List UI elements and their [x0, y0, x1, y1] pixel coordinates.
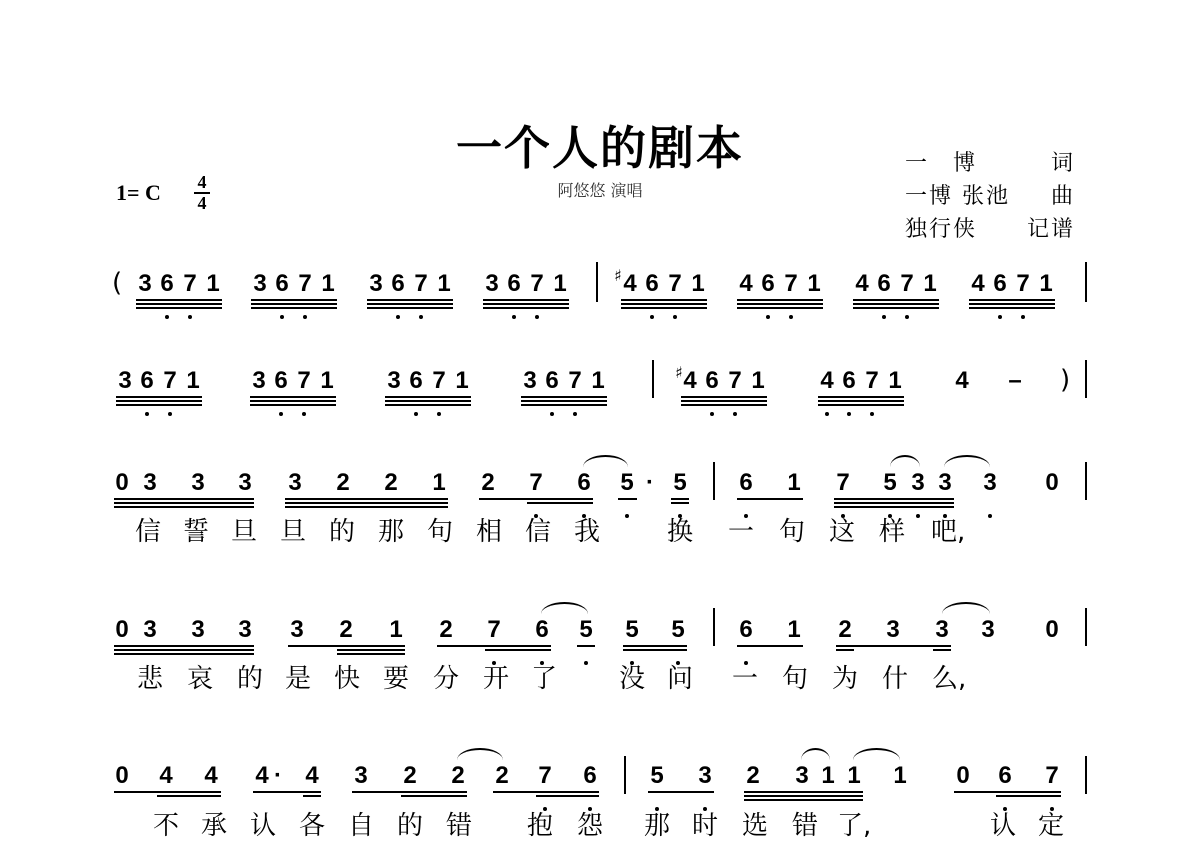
beam-line [671, 498, 689, 500]
note: 1 [689, 272, 707, 296]
octave-dot [916, 514, 920, 518]
lyric-char: 一 [728, 518, 754, 546]
octave-dot [280, 315, 284, 319]
note: · [641, 471, 659, 495]
note: 0 [1043, 471, 1061, 495]
beam-line [251, 307, 337, 309]
barline [1085, 608, 1087, 646]
note: 7 [528, 272, 546, 296]
beam-line [836, 645, 951, 647]
lyric-char: 各 [299, 812, 325, 840]
octave-dot [710, 412, 714, 416]
lyric-char: 不 [153, 812, 179, 840]
note: 2 [449, 764, 467, 788]
beam-line [969, 299, 1055, 301]
beam-line [648, 791, 714, 793]
lyric-char: 没 [619, 665, 645, 693]
note: 3 [236, 471, 254, 495]
beam-line [116, 404, 202, 406]
lyric-char: 了 [531, 665, 557, 693]
note: 4 [303, 764, 321, 788]
note: 6 [543, 369, 561, 393]
beam-line [818, 404, 904, 406]
note: 3 [793, 764, 811, 788]
note: 3 [141, 471, 159, 495]
beam-line [834, 502, 954, 504]
note: 7 [666, 272, 684, 296]
note: 3 [286, 471, 304, 495]
lyric-char: 信 [525, 518, 551, 546]
lyric-char: 的 [237, 665, 263, 693]
note: 4 [157, 764, 175, 788]
beam-line [251, 299, 337, 301]
beam-line [385, 396, 471, 398]
note: 1 [551, 272, 569, 296]
note: 1 [319, 272, 337, 296]
octave-dot [988, 514, 992, 518]
beam-line [114, 653, 254, 655]
octave-dot [550, 412, 554, 416]
note: 3 [696, 764, 714, 788]
note: 0 [113, 764, 131, 788]
lyric-char: 吧, [931, 518, 965, 546]
note: 6 [407, 369, 425, 393]
barline [624, 756, 626, 794]
lyric-char: 句 [779, 518, 805, 546]
octave-dot [1021, 315, 1025, 319]
note: 6 [272, 369, 290, 393]
note: 4 [202, 764, 220, 788]
note: 1 [204, 272, 222, 296]
note: 1 [891, 764, 909, 788]
beam-line [836, 649, 854, 651]
note: 3 [250, 369, 268, 393]
lyric-char: 抱 [527, 812, 553, 840]
note: 6 [575, 471, 593, 495]
beam-line [521, 400, 607, 402]
beam-line [521, 396, 607, 398]
octave-dot [905, 315, 909, 319]
note: 6 [505, 272, 523, 296]
beam-line [521, 404, 607, 406]
beam-line [621, 303, 707, 305]
beam-line [385, 404, 471, 406]
note: 5 [623, 618, 641, 642]
note: 7 [485, 618, 503, 642]
note: 2 [401, 764, 419, 788]
open-paren: ( [112, 268, 122, 298]
octave-dot [535, 315, 539, 319]
transcriber-credit: 独行侠 记谱 [905, 212, 1075, 243]
beam-line [737, 307, 823, 309]
lyric-char: 什 [882, 665, 908, 693]
slur [541, 602, 588, 614]
beam-line [621, 299, 707, 301]
beam-line [116, 400, 202, 402]
beam-line [671, 502, 689, 504]
note: 6 [389, 272, 407, 296]
beam-line [623, 649, 687, 651]
octave-dot [396, 315, 400, 319]
lyric-char: 悲 [137, 665, 163, 693]
beam-line [853, 307, 939, 309]
beam-line [352, 791, 467, 793]
barline [1085, 262, 1087, 302]
note: 7 [181, 272, 199, 296]
beam-line [114, 502, 254, 504]
lyric-char: 定 [1038, 812, 1064, 840]
barline [713, 608, 715, 646]
beam-line [818, 400, 904, 402]
octave-dot [584, 661, 588, 665]
barline [1085, 462, 1087, 500]
note: 3 [136, 272, 154, 296]
note: 2 [836, 618, 854, 642]
note: 6 [533, 618, 551, 642]
time-signature: 4 4 [194, 174, 210, 212]
lyric-char: 誓 [183, 518, 209, 546]
note: 1 [184, 369, 202, 393]
octave-dot [145, 412, 149, 416]
note: 6 [581, 764, 599, 788]
beam-line [834, 498, 954, 500]
slur [583, 455, 628, 467]
beam-line [250, 396, 336, 398]
note: 4 [621, 272, 639, 296]
note: 7 [296, 272, 314, 296]
octave-dot [766, 315, 770, 319]
beam-line [618, 498, 637, 500]
note: 1 [318, 369, 336, 393]
note: 3 [909, 471, 927, 495]
beam-line [253, 791, 321, 793]
note: 7 [834, 471, 852, 495]
beam-line [744, 791, 863, 793]
beam-line [114, 498, 254, 500]
lyric-char: 句 [427, 518, 453, 546]
note: 5 [618, 471, 636, 495]
lyric-char: 时 [692, 812, 718, 840]
lyric-char: 是 [285, 665, 311, 693]
note: 2 [479, 471, 497, 495]
beam-line [737, 299, 823, 301]
note: 7 [412, 272, 430, 296]
beam-line [681, 396, 767, 398]
beam-line [834, 506, 954, 508]
note: 6 [759, 272, 777, 296]
note: 5 [881, 471, 899, 495]
octave-dot [573, 412, 577, 416]
time-signature-bottom: 4 [194, 195, 210, 212]
barline [1085, 360, 1087, 398]
barline [713, 462, 715, 500]
slur [942, 602, 990, 614]
beam-line [737, 645, 803, 647]
transcriber-name: 独行侠 [905, 212, 977, 243]
note: 0 [113, 471, 131, 495]
lyric-char: 分 [433, 665, 459, 693]
lyric-char: 哀 [187, 665, 213, 693]
note: 3 [189, 471, 207, 495]
note: 6 [840, 369, 858, 393]
note: 7 [782, 272, 800, 296]
note: · [269, 764, 287, 788]
note: 0 [113, 618, 131, 642]
note: 3 [981, 471, 999, 495]
lyric-char: 选 [742, 812, 768, 840]
barline [596, 262, 598, 302]
close-paren: ) [1060, 365, 1070, 395]
note: 7 [527, 471, 545, 495]
octave-dot [165, 315, 169, 319]
note: 6 [991, 272, 1009, 296]
lyric-char: 句 [782, 665, 808, 693]
note: 7 [566, 369, 584, 393]
note: 4 [818, 369, 836, 393]
note: 3 [936, 471, 954, 495]
lyric-char: 这 [829, 518, 855, 546]
note: 7 [295, 369, 313, 393]
note: – [1006, 369, 1024, 393]
note: 3 [521, 369, 539, 393]
beam-line [996, 795, 1061, 797]
note: 3 [979, 618, 997, 642]
note: 3 [116, 369, 134, 393]
octave-dot [998, 315, 1002, 319]
note: 2 [337, 618, 355, 642]
note: 6 [273, 272, 291, 296]
beam-line [621, 307, 707, 309]
note: 1 [819, 764, 837, 788]
octave-dot [303, 315, 307, 319]
note: 6 [643, 272, 661, 296]
note: 5 [671, 471, 689, 495]
lyric-char: 那 [378, 518, 404, 546]
octave-dot [733, 412, 737, 416]
beam-line [527, 502, 593, 504]
note: 1 [589, 369, 607, 393]
octave-dot [882, 315, 886, 319]
beam-line [737, 498, 803, 500]
lyricist-name: 一 博 [905, 146, 977, 177]
beam-line [954, 791, 1061, 793]
beam-line [493, 791, 599, 793]
lyric-char: 么, [932, 665, 966, 693]
beam-line [337, 649, 405, 651]
lyric-char: 一 [732, 665, 758, 693]
note: 7 [898, 272, 916, 296]
octave-dot [512, 315, 516, 319]
beam-line [485, 649, 551, 651]
note: 1 [435, 272, 453, 296]
octave-dot [188, 315, 192, 319]
note: 1 [387, 618, 405, 642]
note: 3 [251, 272, 269, 296]
note: 7 [1014, 272, 1032, 296]
lyric-char: 认 [990, 812, 1016, 840]
lyric-char: 认 [250, 812, 276, 840]
beam-line [337, 653, 405, 655]
note: 3 [483, 272, 501, 296]
barline [652, 360, 654, 398]
note: 1 [886, 369, 904, 393]
lyric-char: 样 [879, 518, 905, 546]
beam-line [853, 303, 939, 305]
note: 7 [536, 764, 554, 788]
beam-line [250, 404, 336, 406]
lyric-char: 快 [334, 665, 360, 693]
lyric-char: 的 [397, 812, 423, 840]
beam-line [251, 303, 337, 305]
lyric-char: 旦 [280, 518, 306, 546]
lyric-char: 开 [483, 665, 509, 693]
lyric-char: 我 [574, 518, 600, 546]
barline [1085, 756, 1087, 794]
octave-dot [673, 315, 677, 319]
beam-line [114, 506, 254, 508]
slur [457, 748, 503, 760]
lyric-char: 了, [837, 812, 871, 840]
beam-line [285, 506, 448, 508]
beam-line [136, 303, 222, 305]
beam-line [577, 645, 595, 647]
octave-dot [279, 412, 283, 416]
slur [853, 748, 900, 760]
beam-line [623, 645, 687, 647]
lyric-char: 相 [476, 518, 502, 546]
beam-line [818, 396, 904, 398]
note: 0 [954, 764, 972, 788]
beam-line [367, 303, 453, 305]
slur [890, 455, 920, 467]
beam-line [250, 400, 336, 402]
lyric-char: 为 [832, 665, 858, 693]
note: 3 [933, 618, 951, 642]
note: 4 [681, 369, 699, 393]
beam-line [744, 799, 863, 801]
note: 5 [648, 764, 666, 788]
lyric-char: 换 [667, 518, 693, 546]
lyric-char: 错 [792, 812, 818, 840]
note: 3 [141, 618, 159, 642]
beam-line [483, 307, 569, 309]
note: 1 [921, 272, 939, 296]
composer-name: 一博 张池 [905, 179, 1010, 210]
lyric-char: 问 [667, 665, 693, 693]
key-signature: 1= C [116, 180, 161, 206]
note: 7 [863, 369, 881, 393]
note: 3 [352, 764, 370, 788]
note: 3 [884, 618, 902, 642]
beam-line [136, 299, 222, 301]
note: 3 [189, 618, 207, 642]
note: 7 [1043, 764, 1061, 788]
note: 5 [577, 618, 595, 642]
beam-line [285, 498, 448, 500]
note: 3 [367, 272, 385, 296]
beam-line [969, 303, 1055, 305]
note: 2 [493, 764, 511, 788]
note: 1 [1037, 272, 1055, 296]
lyric-char: 那 [644, 812, 670, 840]
beam-line [385, 400, 471, 402]
note: 2 [334, 471, 352, 495]
beam-line [483, 299, 569, 301]
slur [944, 455, 990, 467]
octave-dot [650, 315, 654, 319]
lyric-char: 信 [135, 518, 161, 546]
lyric-char: 的 [329, 518, 355, 546]
beam-line [536, 795, 599, 797]
note: 0 [1043, 618, 1061, 642]
beam-line [114, 649, 254, 651]
beam-line [681, 400, 767, 402]
note: 3 [236, 618, 254, 642]
note: 1 [430, 471, 448, 495]
beam-line [367, 299, 453, 301]
beam-line [681, 404, 767, 406]
note: 1 [749, 369, 767, 393]
lyric-char: 自 [348, 812, 374, 840]
beam-line [401, 795, 467, 797]
note: 4 [953, 369, 971, 393]
beam-line [136, 307, 222, 309]
note: 4 [853, 272, 871, 296]
note: 2 [382, 471, 400, 495]
note: 3 [385, 369, 403, 393]
note: 4 [737, 272, 755, 296]
beam-line [288, 645, 405, 647]
octave-dot [437, 412, 441, 416]
note: 6 [158, 272, 176, 296]
beam-line [933, 649, 951, 651]
beam-line [157, 795, 221, 797]
beam-line [367, 307, 453, 309]
note: 6 [703, 369, 721, 393]
lyric-char: 错 [446, 812, 472, 840]
octave-dot [302, 412, 306, 416]
beam-line [437, 645, 551, 647]
octave-dot [625, 514, 629, 518]
octave-dot [789, 315, 793, 319]
lyric-char: 要 [383, 665, 409, 693]
composer-credit: 一博 张池 曲 [905, 179, 1075, 210]
transcriber-role: 记谱 [1027, 212, 1075, 243]
note: 5 [669, 618, 687, 642]
note: 7 [726, 369, 744, 393]
note: 2 [437, 618, 455, 642]
beam-line [116, 396, 202, 398]
beam-line [483, 303, 569, 305]
lyricist-role: 词 [1051, 146, 1075, 177]
composer-role: 曲 [1051, 179, 1075, 210]
time-signature-top: 4 [194, 174, 210, 191]
note: 1 [785, 618, 803, 642]
beam-line [969, 307, 1055, 309]
note: 7 [161, 369, 179, 393]
slur [801, 748, 830, 760]
note: 6 [138, 369, 156, 393]
note: 7 [430, 369, 448, 393]
beam-line [114, 645, 254, 647]
beam-line [744, 795, 863, 797]
beam-line [853, 299, 939, 301]
note: 1 [845, 764, 863, 788]
note: 3 [288, 618, 306, 642]
note: 1 [805, 272, 823, 296]
octave-dot [847, 412, 851, 416]
note: 4 [969, 272, 987, 296]
